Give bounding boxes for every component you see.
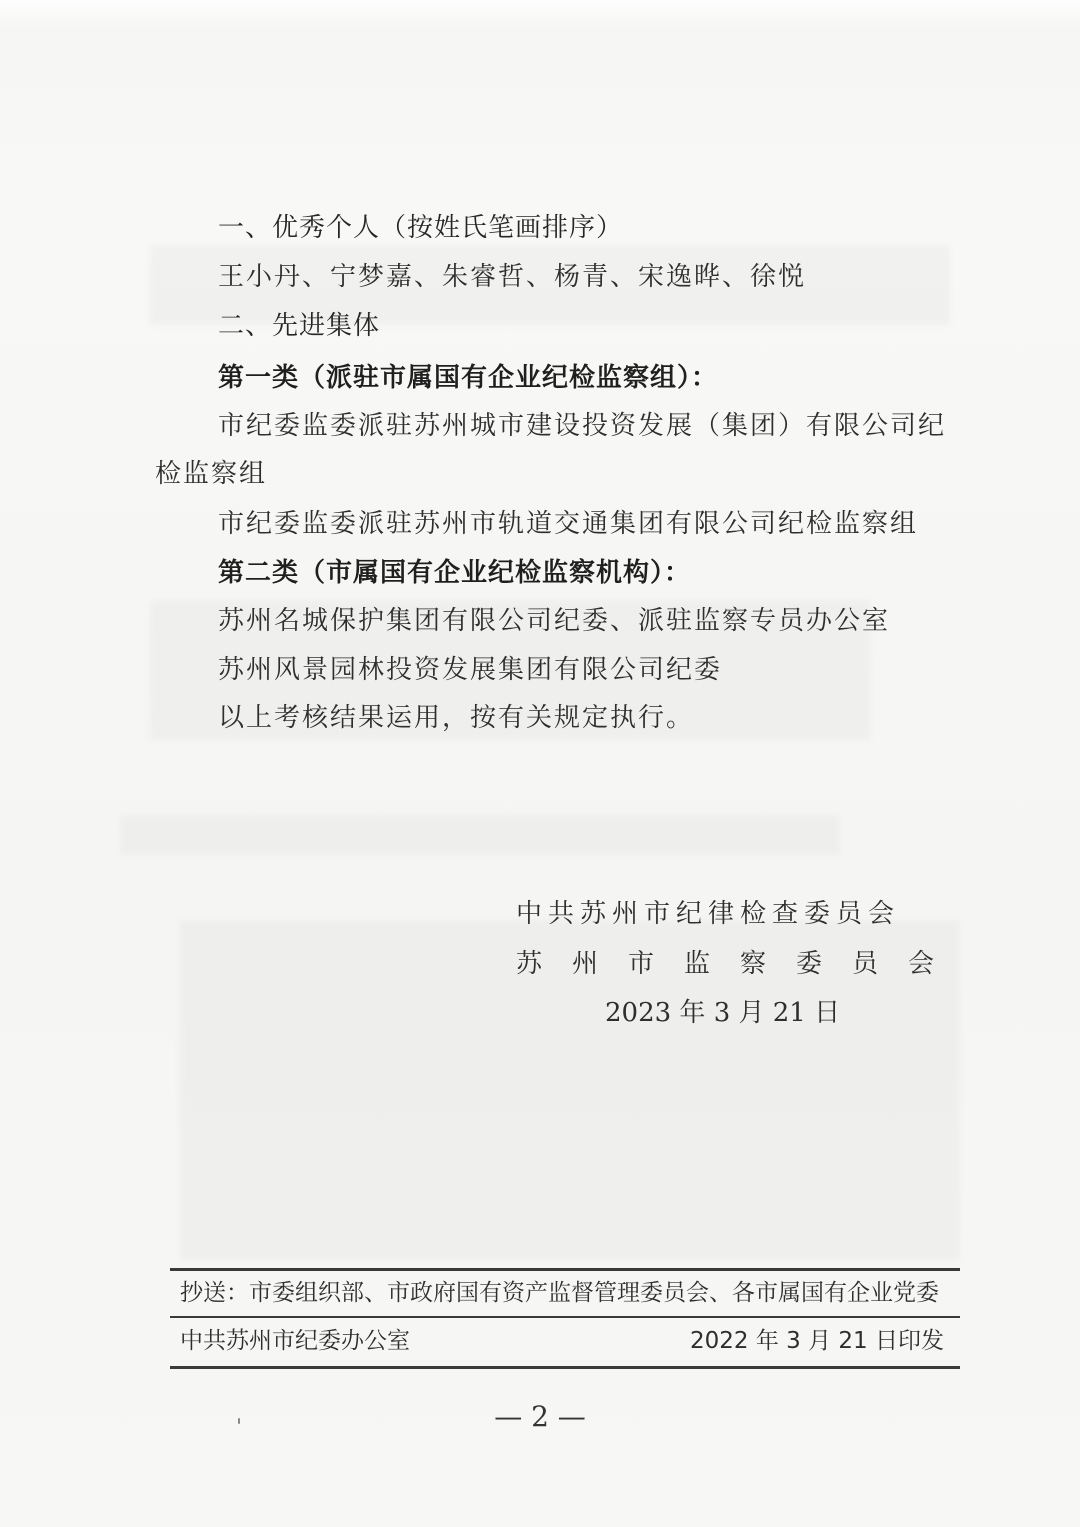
individuals-list: 王小丹、宁梦嘉、朱睿哲、杨青、宋逸晔、徐悦	[218, 259, 806, 295]
cc-line: 抄送：市委组织部、市政府国有资产监督管理委员会、各市属国有企业党委	[180, 1278, 939, 1308]
document-page: 一、优秀个人（按姓氏笔画排序） 王小丹、宁梦嘉、朱睿哲、杨青、宋逸晔、徐悦 二、…	[0, 0, 1080, 1527]
closing-statement: 以上考核结果运用，按有关规定执行。	[218, 700, 694, 736]
category-two-item: 苏州名城保护集团有限公司纪委、派驻监察专员办公室	[218, 603, 890, 639]
issue-date: 2022 年 3 月 21 日印发	[690, 1326, 944, 1356]
bleed-through-band	[120, 815, 840, 855]
section-one-heading: 一、优秀个人（按姓氏笔画排序）	[218, 210, 623, 246]
category-two-item: 苏州风景园林投资发展集团有限公司纪委	[218, 652, 722, 688]
category-one-item-continued: 检监察组	[155, 456, 267, 492]
category-one-item: 市纪委监委派驻苏州城市建设投资发展（集团）有限公司纪	[218, 408, 946, 444]
section-two-heading: 二、先进集体	[218, 308, 380, 344]
scan-speck	[238, 1418, 240, 1424]
issuer-name: 中共苏州市纪委办公室	[180, 1326, 410, 1356]
category-one-heading: 第一类（派驻市属国有企业纪检监察组）：	[218, 360, 718, 396]
signature-org-two: 苏州市监察委员会	[516, 946, 964, 982]
category-one-item: 市纪委监委派驻苏州市轨道交通集团有限公司纪检监察组	[218, 506, 918, 542]
footer-bottom-rule	[170, 1366, 960, 1369]
category-two-heading: 第二类（市属国有企业纪检监察机构）：	[218, 555, 691, 591]
signature-date: 2023 年 3 月 21 日	[605, 995, 840, 1031]
footer-top-rule	[170, 1268, 960, 1271]
footer-middle-rule	[170, 1316, 960, 1318]
signature-org-one: 中共苏州市纪律检查委员会	[516, 896, 900, 932]
page-number: — 2 —	[0, 1400, 1080, 1433]
